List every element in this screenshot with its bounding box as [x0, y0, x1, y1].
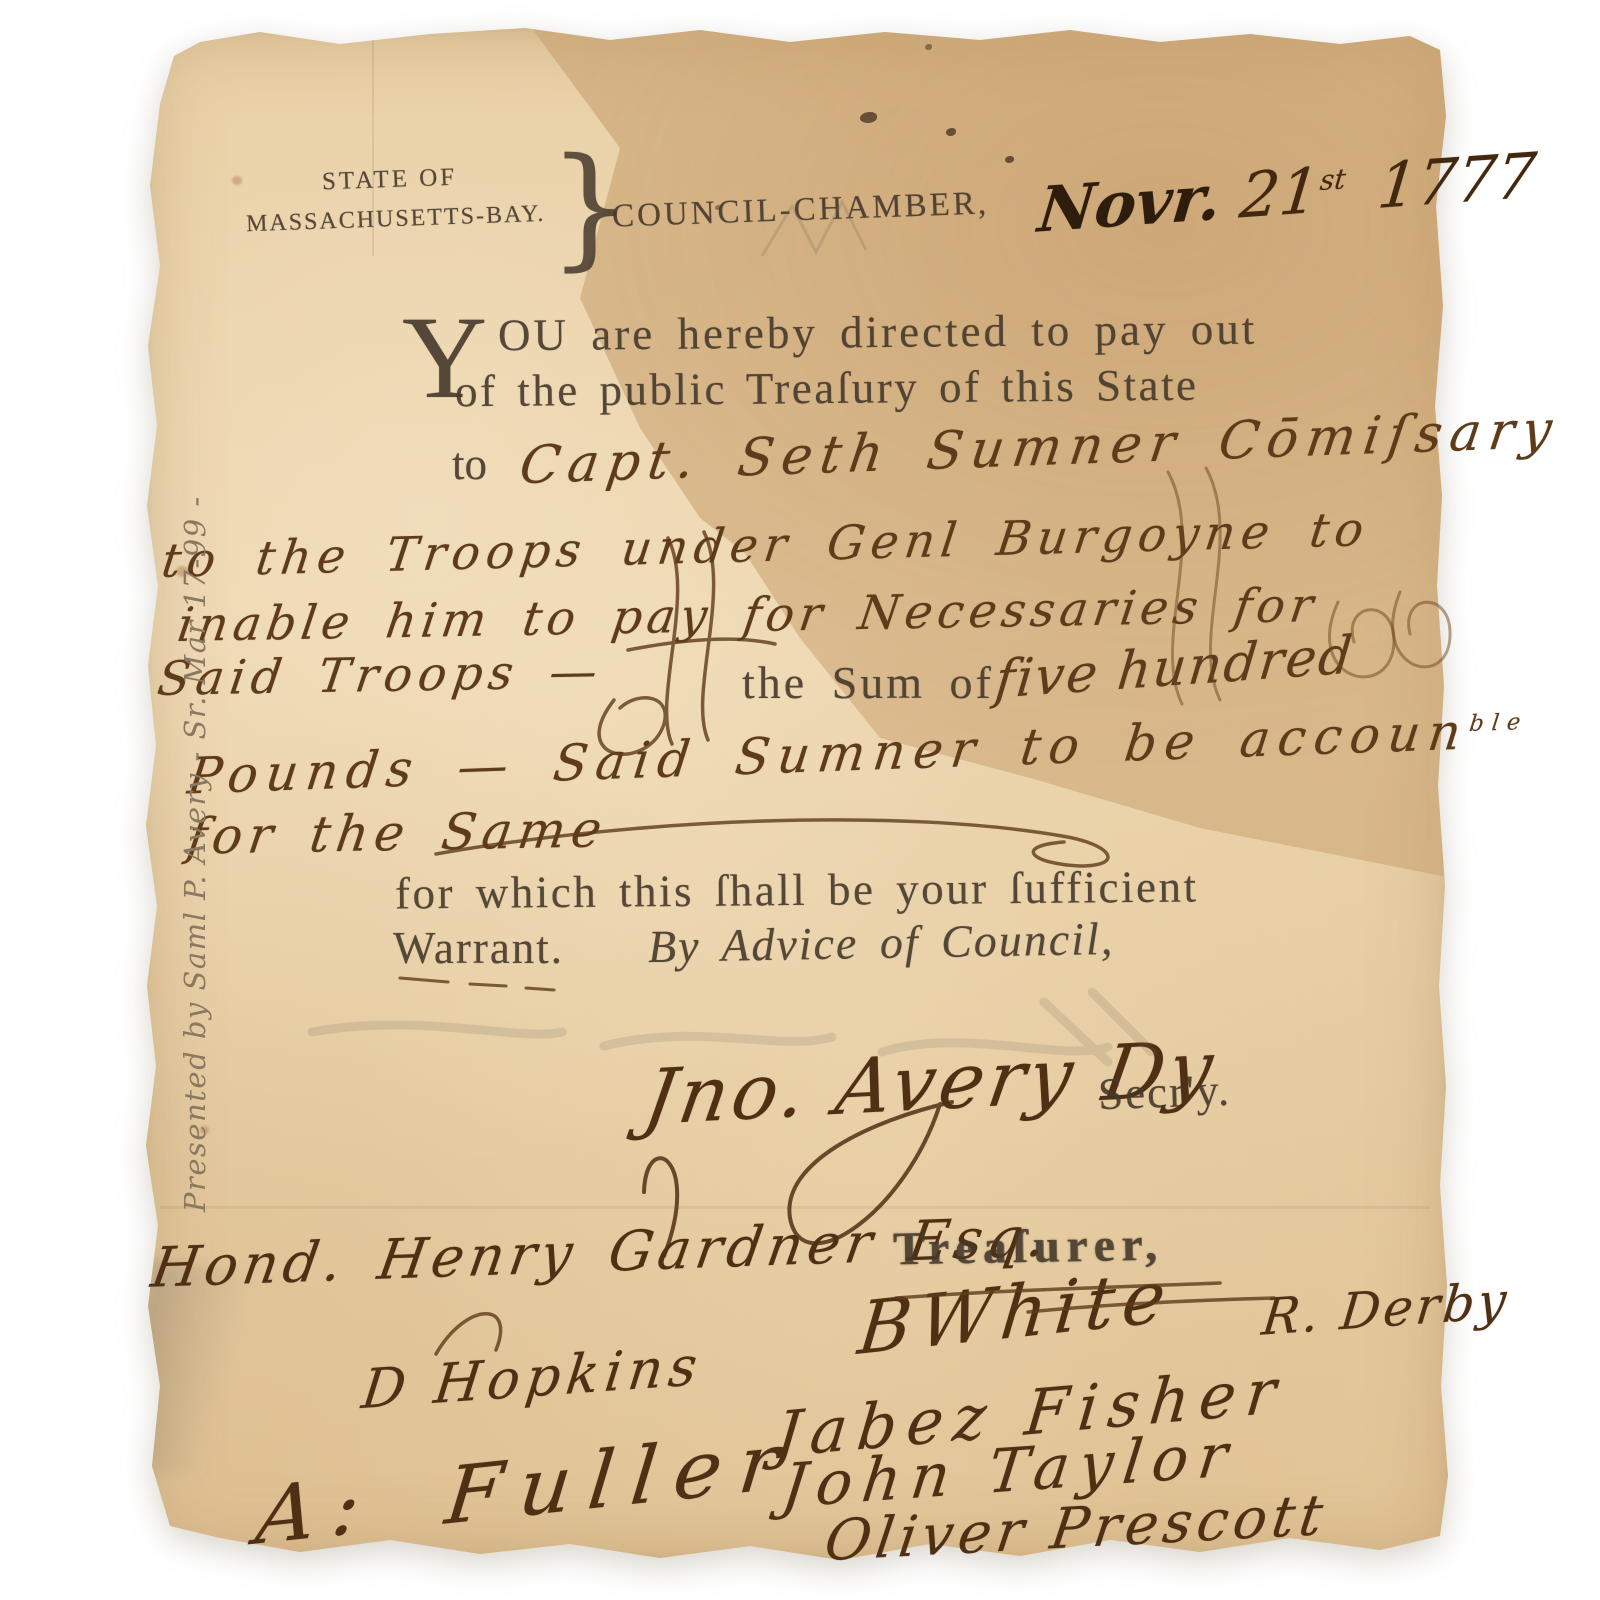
water-stain: [140, 26, 1452, 926]
fold-line: [160, 1206, 1430, 1209]
paper-sheet: [140, 26, 1452, 1562]
warrant-paper: [140, 26, 1452, 1562]
fox-spot: [200, 1126, 209, 1134]
smudge-streak: [129, 1260, 270, 1481]
fox-spot: [232, 176, 242, 185]
document-scan: State of Massachusetts-Bay. } Council-Ch…: [0, 0, 1600, 1600]
amount-line2-superscript: ble: [1468, 709, 1530, 737]
fox-spot: [176, 566, 189, 577]
crease-line: [372, 36, 374, 256]
